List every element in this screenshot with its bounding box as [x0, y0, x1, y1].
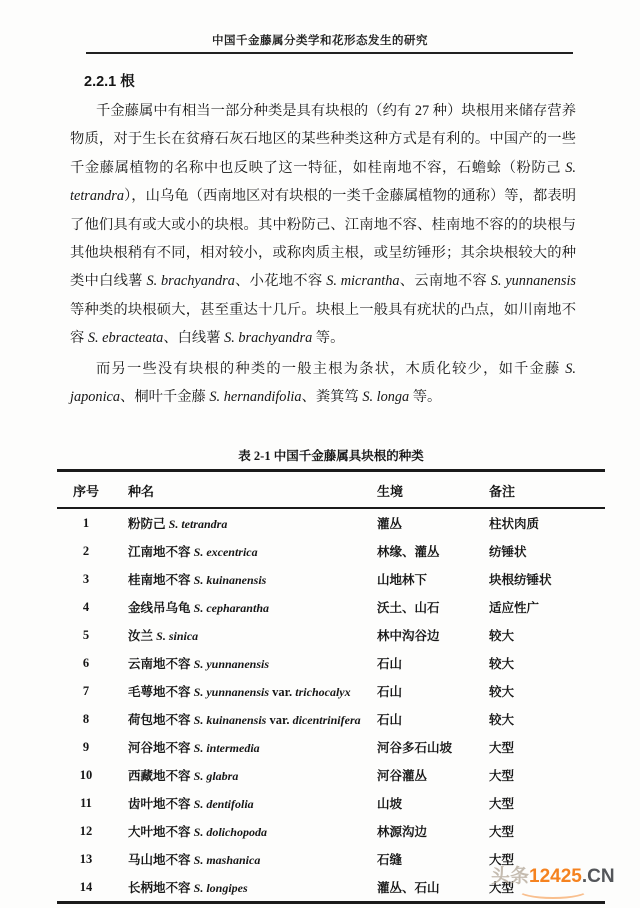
cell-habitat: 林中沟谷边 — [377, 621, 489, 649]
cell-note: 较大 — [489, 677, 605, 705]
cell-index: 6 — [57, 649, 115, 677]
cell-note: 柱状肉质 — [489, 508, 605, 537]
cell-species-name: 长柄地不容 S. longipes — [115, 873, 377, 903]
cell-note: 纺锤状 — [489, 537, 605, 565]
species-table: 序号 种名 生境 备注 1粉防己 S. tetrandra灌丛柱状肉质2江南地不… — [57, 469, 605, 904]
section-heading: 2.2.1 根 — [84, 70, 135, 91]
column-header-species: 种名 — [115, 471, 377, 509]
cell-species-name: 荷包地不容 S. kuinanensis var. dicentrinifera — [115, 705, 377, 733]
table-row: 5汝兰 S. sinica林中沟谷边较大 — [57, 621, 605, 649]
cell-note: 较大 — [489, 621, 605, 649]
body-text: 千金藤属中有相当一部分种类是具有块根的（约有 27 种）块根用来储存营养物质，对… — [70, 97, 576, 411]
cell-index: 14 — [57, 873, 115, 903]
table-row: 12大叶地不容 S. dolichopoda林源沟边大型 — [57, 817, 605, 845]
cell-index: 7 — [57, 677, 115, 705]
cell-habitat: 灌丛、石山 — [377, 873, 489, 903]
table-row: 3桂南地不容 S. kuinanensis山地林下块根纺锤状 — [57, 565, 605, 593]
cell-index: 8 — [57, 705, 115, 733]
cell-note: 大型 — [489, 817, 605, 845]
running-header: 中国千金藤属分类学和花形态发生的研究 — [0, 32, 640, 48]
cell-habitat: 河谷多石山坡 — [377, 733, 489, 761]
table-row: 9河谷地不容 S. intermedia河谷多石山坡大型 — [57, 733, 605, 761]
cell-habitat: 灌丛 — [377, 508, 489, 537]
cell-index: 4 — [57, 593, 115, 621]
cell-index: 2 — [57, 537, 115, 565]
cell-species-name: 云南地不容 S. yunnanensis — [115, 649, 377, 677]
cell-habitat: 河谷灌丛 — [377, 761, 489, 789]
cell-species-name: 河谷地不容 S. intermedia — [115, 733, 377, 761]
cell-note: 块根纺锤状 — [489, 565, 605, 593]
cell-note: 大型 — [489, 733, 605, 761]
cell-note: 大型 — [489, 789, 605, 817]
header-rule — [86, 52, 573, 54]
cell-index: 13 — [57, 845, 115, 873]
table-row: 7毛萼地不容 S. yunnanensis var. trichocalyx石山… — [57, 677, 605, 705]
column-header-note: 备注 — [489, 471, 605, 509]
watermark-swoosh-icon — [517, 881, 589, 899]
cell-habitat: 山地林下 — [377, 565, 489, 593]
cell-habitat: 林缘、灌丛 — [377, 537, 489, 565]
document-page: 中国千金藤属分类学和花形态发生的研究 2.2.1 根 千金藤属中有相当一部分种类… — [0, 0, 640, 908]
cell-habitat: 石山 — [377, 677, 489, 705]
paragraph-tuberous-roots: 千金藤属中有相当一部分种类是具有块根的（约有 27 种）块根用来储存营养物质，对… — [70, 97, 576, 353]
cell-species-name: 江南地不容 S. excentrica — [115, 537, 377, 565]
table-row: 1粉防己 S. tetrandra灌丛柱状肉质 — [57, 508, 605, 537]
cell-habitat: 石山 — [377, 649, 489, 677]
cell-habitat: 石缝 — [377, 845, 489, 873]
cell-species-name: 汝兰 S. sinica — [115, 621, 377, 649]
cell-species-name: 金线吊乌龟 S. cepharantha — [115, 593, 377, 621]
cell-index: 3 — [57, 565, 115, 593]
cell-note: 大型 — [489, 761, 605, 789]
column-header-habitat: 生境 — [377, 471, 489, 509]
cell-habitat: 石山 — [377, 705, 489, 733]
cell-species-name: 马山地不容 S. mashanica — [115, 845, 377, 873]
cell-index: 12 — [57, 817, 115, 845]
cell-habitat: 沃土、山石 — [377, 593, 489, 621]
table-row: 2江南地不容 S. excentrica林缘、灌丛纺锤状 — [57, 537, 605, 565]
cell-species-name: 桂南地不容 S. kuinanensis — [115, 565, 377, 593]
cell-species-name: 西藏地不容 S. glabra — [115, 761, 377, 789]
watermark-suffix: .CN — [582, 866, 615, 887]
table-row: 6云南地不容 S. yunnanensis石山较大 — [57, 649, 605, 677]
cell-index: 1 — [57, 508, 115, 537]
cell-habitat: 山坡 — [377, 789, 489, 817]
table-row: 4金线吊乌龟 S. cepharantha沃土、山石适应性广 — [57, 593, 605, 621]
cell-species-name: 毛萼地不容 S. yunnanensis var. trichocalyx — [115, 677, 377, 705]
cell-species-name: 粉防己 S. tetrandra — [115, 508, 377, 537]
cell-index: 5 — [57, 621, 115, 649]
table-header-row: 序号 种名 生境 备注 — [57, 471, 605, 509]
cell-habitat: 林源沟边 — [377, 817, 489, 845]
cell-note: 适应性广 — [489, 593, 605, 621]
watermark: 头条12425.CN — [491, 866, 615, 888]
table-row: 11齿叶地不容 S. dentifolia山坡大型 — [57, 789, 605, 817]
cell-species-name: 大叶地不容 S. dolichopoda — [115, 817, 377, 845]
cell-index: 11 — [57, 789, 115, 817]
table-body: 1粉防己 S. tetrandra灌丛柱状肉质2江南地不容 S. excentr… — [57, 508, 605, 903]
cell-note: 较大 — [489, 705, 605, 733]
cell-index: 10 — [57, 761, 115, 789]
table-row: 8荷包地不容 S. kuinanensis var. dicentrinifer… — [57, 705, 605, 733]
paragraph-non-tuberous-roots: 而另一些没有块根的种类的一般主根为条状，木质化较少，如千金藤 S. japoni… — [70, 355, 576, 412]
cell-note: 较大 — [489, 649, 605, 677]
table-row: 10西藏地不容 S. glabra河谷灌丛大型 — [57, 761, 605, 789]
table-caption: 表 2-1 中国千金藤属具块根的种类 — [57, 446, 605, 464]
column-header-index: 序号 — [57, 471, 115, 509]
cell-index: 9 — [57, 733, 115, 761]
cell-species-name: 齿叶地不容 S. dentifolia — [115, 789, 377, 817]
